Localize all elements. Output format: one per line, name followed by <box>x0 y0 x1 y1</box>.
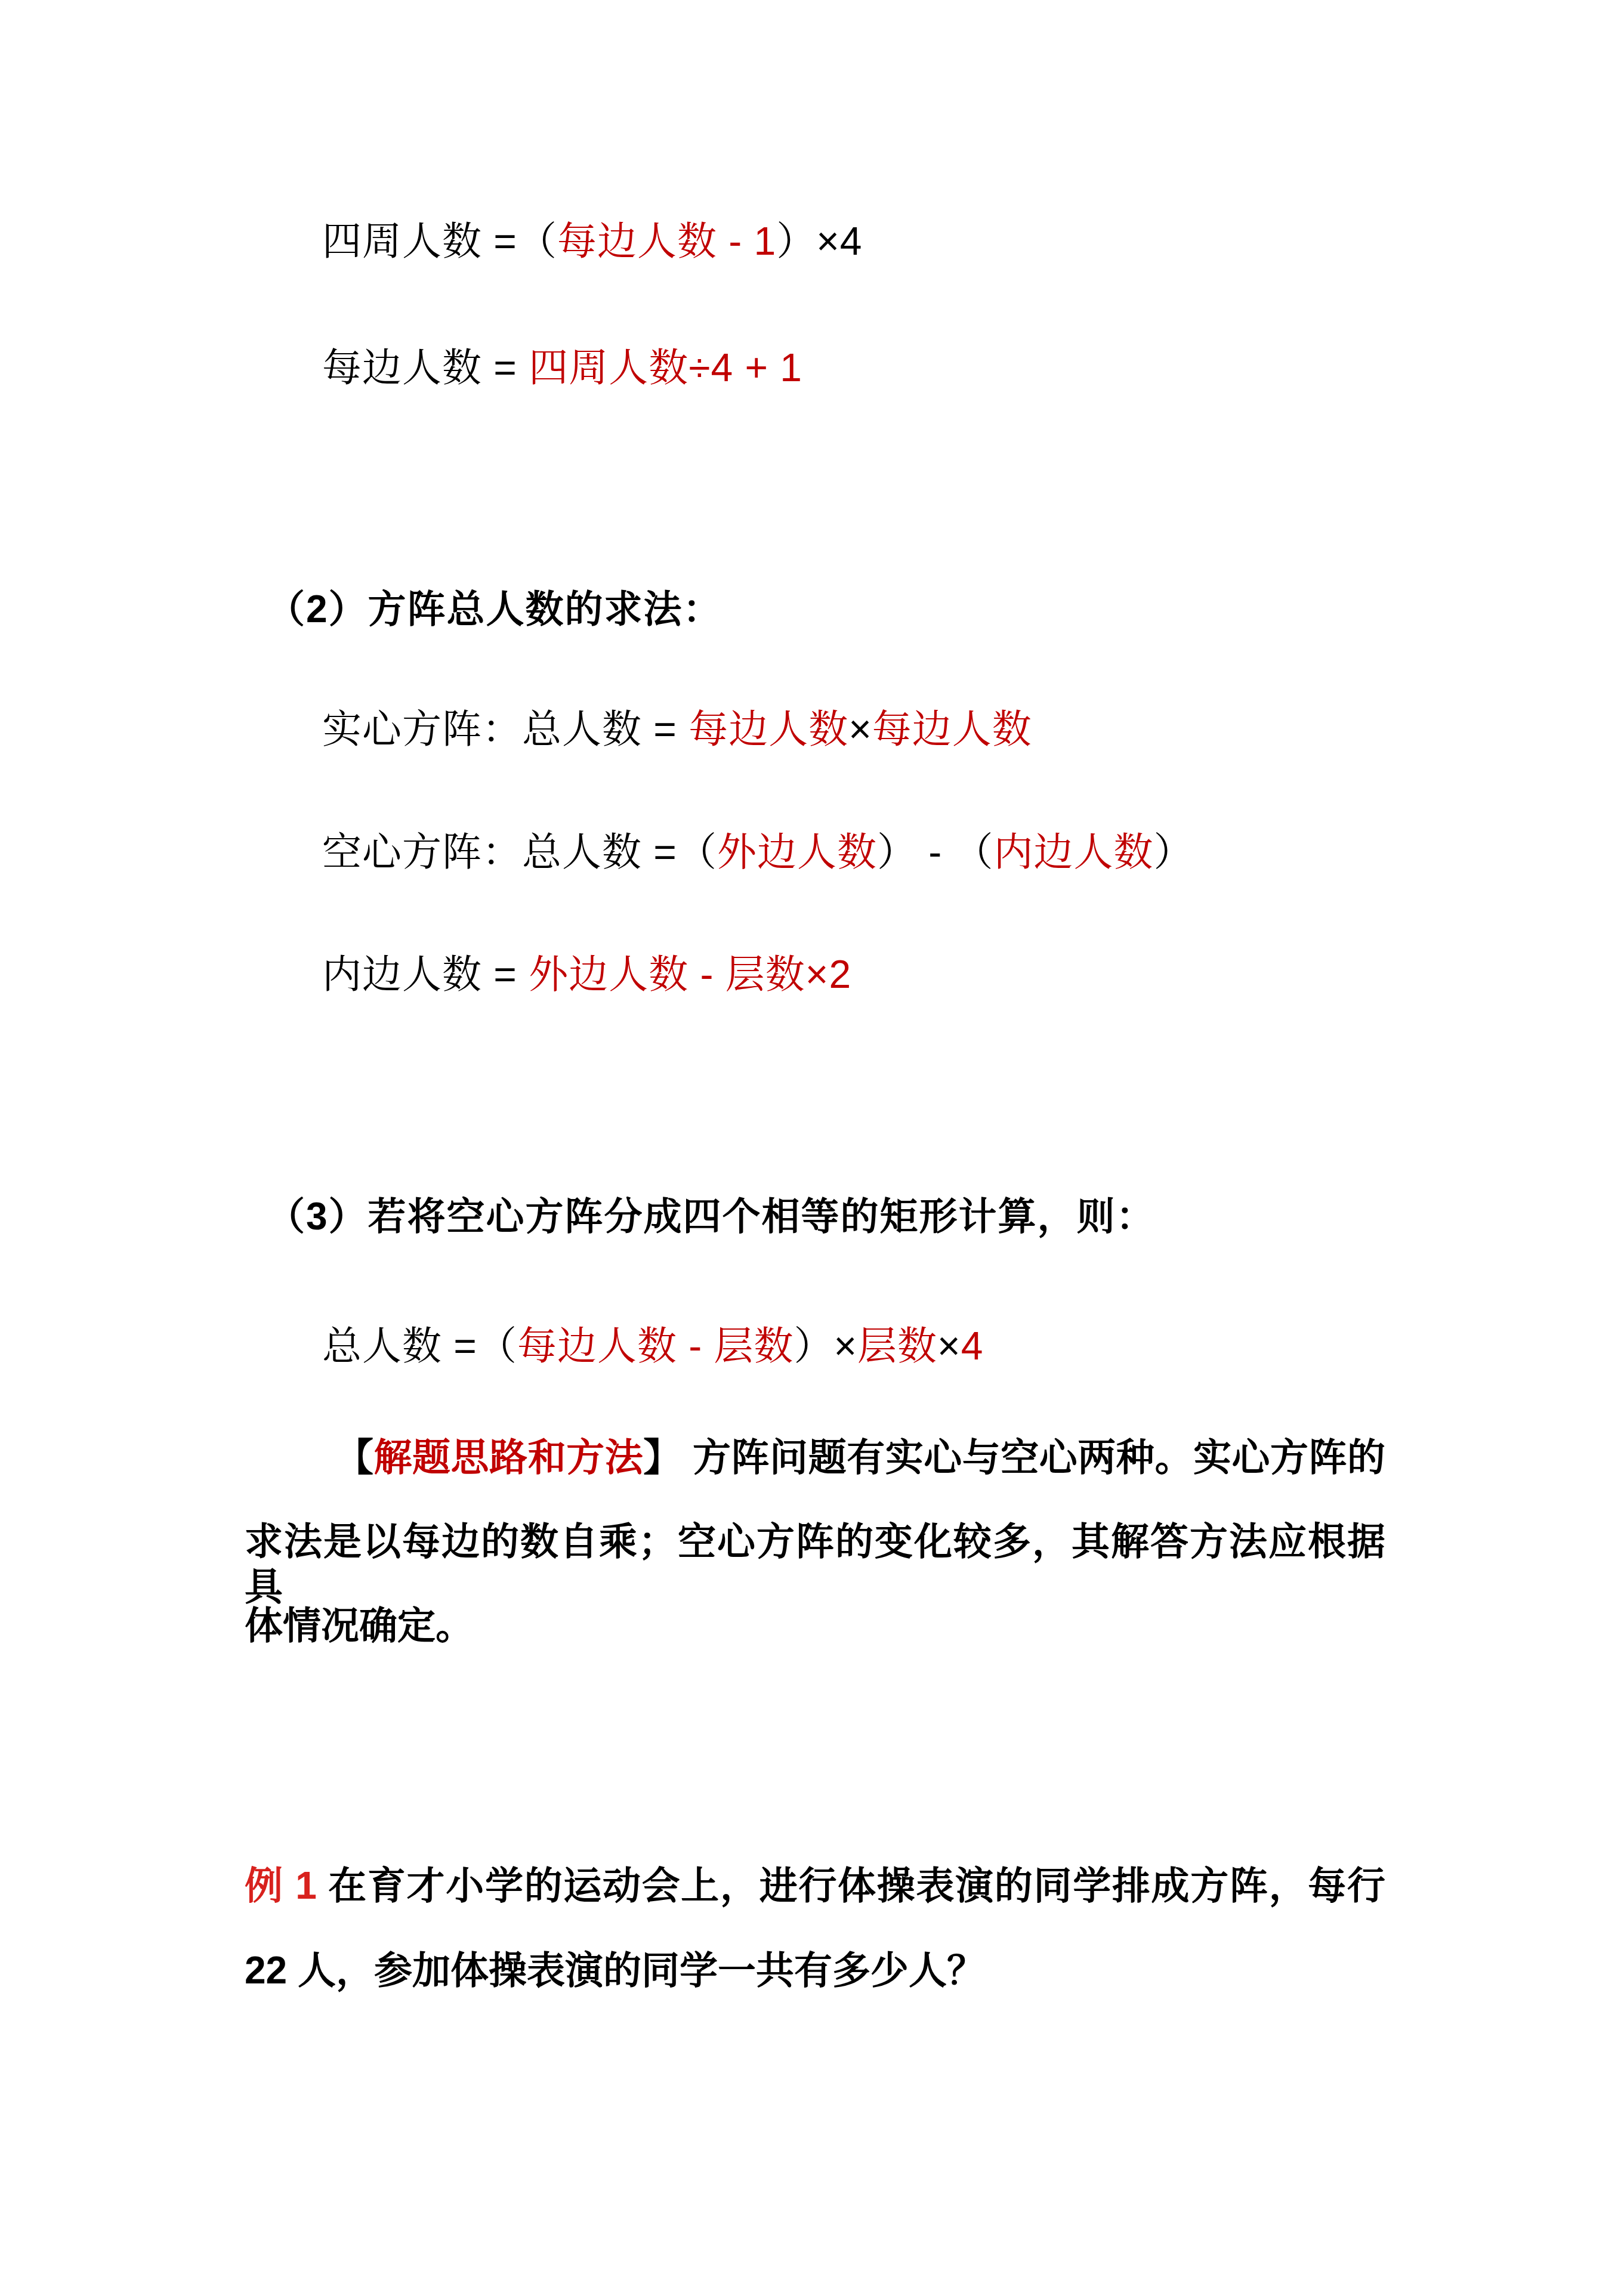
method-paragraph-line3: 体情况确定。 <box>245 1603 1385 1649</box>
formula-total-red2: 层数 <box>857 1324 937 1368</box>
method-line1-text: 方阵问题有实心与空心两种。实心方阵的 <box>682 1436 1385 1479</box>
formula-hollow-black3: ） <box>1154 830 1194 874</box>
formula-hollow-black1: 空心方阵：总人数 =（ <box>322 830 717 874</box>
formula-side: 每边人数 = 四周人数÷4 + 1 <box>322 345 802 391</box>
formula-perimeter-black1: 四周人数 =（ <box>322 219 557 263</box>
formula-side-black1: 每边人数 = <box>322 345 529 390</box>
heading-section2-text: （2）方阵总人数的求法： <box>267 588 723 631</box>
formula-inner-red1: 外边人数 - 层数×2 <box>529 952 851 996</box>
method-label: 解题思路和方法 <box>374 1436 644 1479</box>
formula-total: 总人数 =（每边人数 - 层数）×层数×4 <box>322 1323 983 1370</box>
formula-solid-black2: × <box>848 707 872 751</box>
method-paragraph-line1: 【解题思路和方法】 方阵问题有实心与空心两种。实心方阵的 <box>245 1435 1385 1481</box>
formula-total-red3: 4 <box>961 1324 984 1368</box>
formula-solid-black1: 实心方阵：总人数 = <box>322 707 688 751</box>
method-bracket-close: 】 <box>643 1436 682 1479</box>
document-page: 四周人数 =（每边人数 - 1）×4 每边人数 = 四周人数÷4 + 1 （2）… <box>0 0 1624 2296</box>
formula-hollow-black2: ） - （ <box>877 830 994 874</box>
example1-line2-text: 22 人，参加体操表演的同学一共有多少人？ <box>245 1949 985 1992</box>
formula-perimeter-black2: ）×4 <box>776 219 862 263</box>
formula-total-black1: 总人数 =（ <box>322 1324 517 1368</box>
formula-total-black2: ）× <box>794 1324 858 1368</box>
formula-inner: 内边人数 = 外边人数 - 层数×2 <box>322 951 851 998</box>
example1-line1: 例 1 在育才小学的运动会上，进行体操表演的同学排成方阵，每行 <box>245 1864 1385 1909</box>
formula-hollow-red1: 外边人数 <box>717 830 877 874</box>
example1-label: 例 1 <box>245 1864 317 1907</box>
formula-total-red1: 每边人数 - 层数 <box>517 1324 794 1368</box>
formula-total-black3: × <box>937 1324 961 1368</box>
method-line3-text: 体情况确定。 <box>245 1604 474 1647</box>
formula-perimeter-red1: 每边人数 - 1 <box>557 219 776 263</box>
example1-line1-text: 在育才小学的运动会上，进行体操表演的同学排成方阵，每行 <box>317 1864 1385 1907</box>
heading-section3-text: （3）若将空心方阵分成四个相等的矩形计算，则： <box>267 1195 1156 1238</box>
formula-solid-red1: 每边人数 <box>688 707 848 751</box>
method-paragraph-line2: 求法是以每边的数自乘；空心方阵的变化较多，其解答方法应根据具 <box>245 1519 1385 1609</box>
heading-section2: （2）方阵总人数的求法： <box>267 587 723 632</box>
method-line2-text: 求法是以每边的数自乘；空心方阵的变化较多，其解答方法应根据具 <box>245 1520 1385 1608</box>
formula-solid-red2: 每边人数 <box>872 707 1032 751</box>
formula-hollow: 空心方阵：总人数 =（外边人数） - （内边人数） <box>322 829 1194 876</box>
heading-section3: （3）若将空心方阵分成四个相等的矩形计算，则： <box>267 1194 1156 1240</box>
formula-inner-black1: 内边人数 = <box>322 952 529 996</box>
example1-line2: 22 人，参加体操表演的同学一共有多少人？ <box>245 1948 1385 1994</box>
formula-side-red1: 四周人数÷4 + 1 <box>529 345 802 390</box>
formula-hollow-red2: 内边人数 <box>994 830 1154 874</box>
formula-perimeter: 四周人数 =（每边人数 - 1）×4 <box>322 218 863 265</box>
method-bracket-open: 【 <box>335 1436 374 1479</box>
formula-solid: 实心方阵：总人数 = 每边人数×每边人数 <box>322 706 1032 753</box>
